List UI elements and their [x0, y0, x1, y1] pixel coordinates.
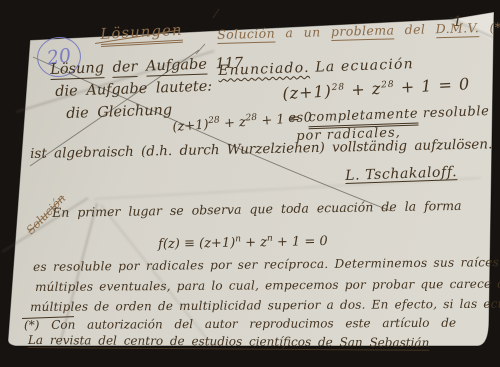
german-der: der: [112, 59, 137, 78]
footnote-line-1: (*) Con autorización del autor reproduci…: [24, 317, 456, 332]
eq-es-exp2: 28: [381, 80, 395, 91]
body-line-3: múltiples eventuales, para lo cual, empe…: [35, 277, 500, 294]
eq-es-tail: + 1 = 0: [394, 74, 470, 97]
footnote-line-2: La revista del centro de estudios cientí…: [28, 334, 429, 350]
eq-es-base2: + z: [345, 79, 382, 100]
title-es-dmv: D.M.V.: [435, 20, 479, 38]
equation-general: f(z) ≡ (z+1)n + zn + 1 = 0: [158, 235, 328, 252]
eq-es-exp1: 28: [331, 82, 345, 93]
eq-es-base1: (z+1): [282, 81, 332, 103]
title-es-asterisk: (*): [479, 19, 500, 35]
signature: L. Tschakaloff.: [345, 165, 457, 184]
spanish-es: es: [288, 110, 309, 126]
title-german-text: Lösungen: [100, 21, 183, 47]
eq-f-base2: + z: [241, 235, 267, 250]
equation-spanish: (z+1)28 + z28 + 1 = 0: [282, 75, 471, 102]
signature-text: L. Tschakaloff.: [345, 164, 457, 184]
spanish-enunciado: Enunciado.: [218, 60, 310, 79]
title-es-solucion: Solución: [217, 25, 275, 44]
title-es-mid1: a un: [275, 24, 331, 40]
body-line-4: múltiples de orden de multiplicidad supe…: [30, 297, 500, 314]
eq-de-base2: + z: [219, 115, 246, 132]
eq-f-lhs: f(z) ≡: [158, 236, 199, 252]
spanish-resoluble-line: es completamente resoluble: [288, 105, 490, 126]
german-line-3: die Gleichung: [66, 103, 172, 123]
title-spanish: Solución a un problema del D.M.V. (*): [217, 20, 500, 41]
title-es-problema: problema: [331, 22, 395, 41]
german-loesung: Lösung: [50, 60, 104, 80]
footnote-line-2-text: La revista del centro de estudios cientí…: [28, 333, 429, 350]
body-line-2: es resoluble por radicales por ser recíp…: [33, 256, 499, 274]
spanish-la-ecuacion: La ecuación: [309, 56, 414, 76]
german-aufgabe: Aufgabe: [146, 57, 208, 77]
spanish-enunciado-line: Enunciado. La ecuación: [218, 57, 414, 79]
eq-de-exp2: 28: [245, 113, 257, 124]
eq-de-base1: (z+1): [172, 117, 209, 134]
eq-f-base1: (z+1): [199, 236, 235, 252]
eq-de-exp1: 28: [208, 115, 220, 126]
body-line-1: En primer lugar se observa que toda ecua…: [52, 199, 462, 220]
spanish-resoluble: resoluble: [418, 104, 490, 121]
title-es-mid2: del: [394, 21, 436, 37]
handwriting-layer: 20 1 Lösungen Solución a un problema del…: [0, 0, 500, 367]
scan-background: 20 1 Lösungen Solución a un problema del…: [0, 0, 500, 367]
eq-f-tail: + 1 = 0: [273, 234, 328, 250]
german-line-2: die Aufgabe lautete:: [55, 80, 212, 101]
german-line-4: ist algebraisch (d.h. durch Wurzelziehen…: [30, 137, 492, 162]
